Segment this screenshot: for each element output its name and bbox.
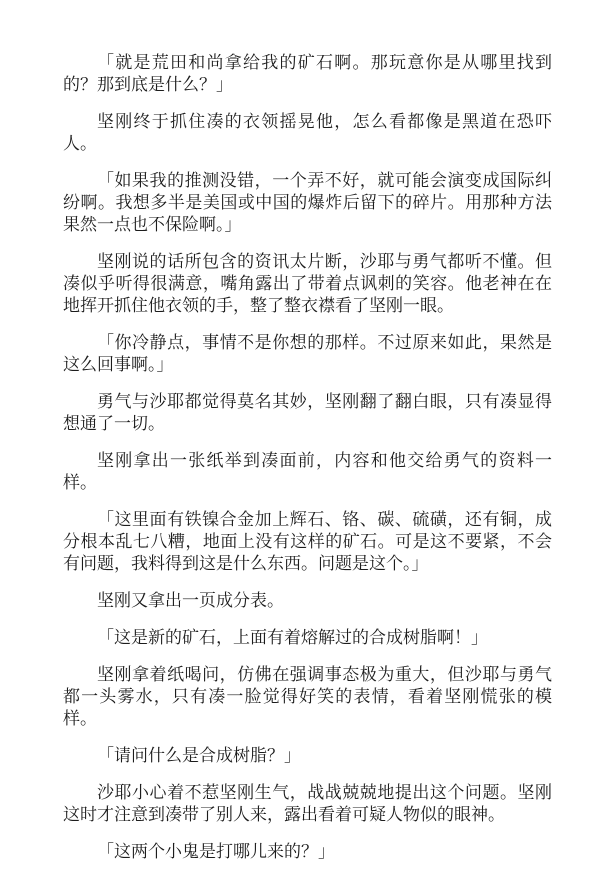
paragraph-10: 「这是新的矿石，上面有着熔解过的合成树脂啊！」	[63, 627, 552, 649]
paragraph-4: 坚刚说的话所包含的资讯太片断，沙耶与勇气都听不懂。但凑似乎听得很满意，嘴角露出了…	[63, 251, 552, 317]
paragraph-3: 「如果我的推测没错，一个弄不好，就可能会演变成国际纠纷啊。我想多半是美国或中国的…	[63, 170, 552, 236]
paragraph-8: 「这里面有铁镍合金加上辉石、铬、碳、硫磺，还有铜，成分根本乱七八糟，地面上没有这…	[63, 509, 552, 575]
paragraph-2: 坚刚终于抓住凑的衣领摇晃他，怎么看都像是黑道在恐吓人。	[63, 111, 552, 155]
paragraph-11: 坚刚拿着纸喝问，仿佛在强调事态极为重大，但沙耶与勇气都一头雾水，只有凑一脸觉得好…	[63, 664, 552, 730]
paragraph-5: 「你冷静点，事情不是你想的那样。不过原来如此，果然是这么回事啊。」	[63, 332, 552, 376]
paragraph-12: 「请问什么是合成树脂？」	[63, 745, 552, 767]
document-page: 「就是荒田和尚拿给我的矿石啊。那玩意你是从哪里找到的？那到底是什么？」 坚刚终于…	[0, 0, 613, 869]
paragraph-14: 「这两个小鬼是打哪儿来的？」	[63, 841, 552, 863]
paragraph-13: 沙耶小心着不惹坚刚生气，战战兢兢地提出这个问题。坚刚这时才注意到凑带了别人来，露…	[63, 782, 552, 826]
paragraph-7: 坚刚拿出一张纸举到凑面前，内容和他交给勇气的资料一样。	[63, 450, 552, 494]
paragraph-6: 勇气与沙耶都觉得莫名其妙，坚刚翻了翻白眼，只有凑显得想通了一切。	[63, 391, 552, 435]
paragraph-1: 「就是荒田和尚拿给我的矿石啊。那玩意你是从哪里找到的？那到底是什么？」	[63, 52, 552, 96]
paragraph-9: 坚刚又拿出一页成分表。	[63, 590, 552, 612]
